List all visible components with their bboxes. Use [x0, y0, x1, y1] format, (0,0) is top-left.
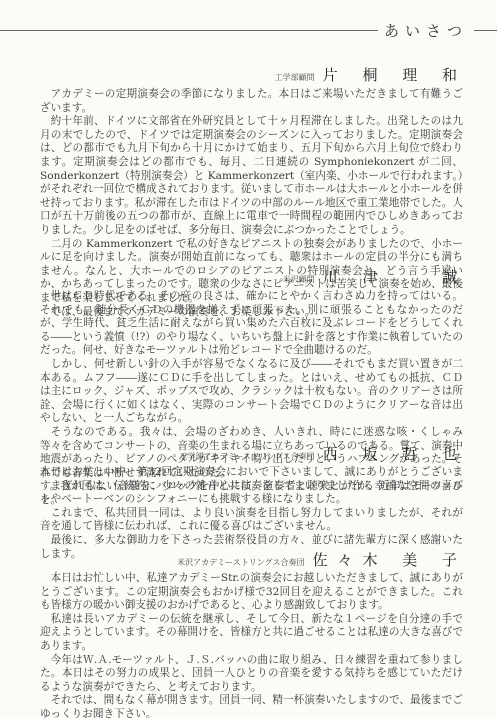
signature-name: 川 津 誠	[323, 266, 467, 287]
paragraph: 今年はＷ.Ａ.モーツァルト、Ｊ.Ｓ.バッハの曲に取り組み、日々練習を重ねて参りま…	[40, 654, 463, 695]
signature-affiliation: 米沢アカデミーストリングス合奏団	[177, 557, 304, 568]
paragraph: アカデミーの定期演奏会の季節になりました。本日はご来場いただきまして有難うござい…	[40, 88, 463, 115]
signature-affiliation: 米沢顧問	[283, 274, 315, 285]
paragraph: しかし、何せ新しい針の入手が容易でなくなるに及び――それでもまだ買い置きが二本あ…	[40, 358, 463, 426]
paragraph: 本日はお忙しい中、第32回定期演奏会においで下さいまして、誠にありがとうございま…	[40, 466, 463, 507]
paragraph: 私達は長いアカデミーの伝統を継承し、そして今日、新たな１ページを自分達の手で迎え…	[40, 613, 463, 654]
greeting-body-sasaki: 本日はお忙しい中、私達アカデミーStr.の演奏会にお越しいただきまして、誠にあり…	[40, 572, 463, 718]
page-title: あいさつ	[378, 20, 474, 41]
signature-name: 片 桐 理 和	[323, 64, 467, 85]
signature-name: 佐々木 美 子	[312, 549, 467, 570]
signature-affiliation: 工学部顧問	[275, 72, 315, 83]
greeting-body-nishisaka: 本日はお忙しい中、第32回定期演奏会においで下さいまして、誠にありがとうございま…	[40, 466, 463, 561]
signature-nishisaka: 工学部アカデミーストリングス合奏団 西 坂 哲 也	[179, 443, 467, 464]
signature-name: 西 坂 哲 也	[323, 443, 467, 464]
signature-kawatsu: 米沢顧問 川 津 誠	[283, 266, 467, 287]
paragraph: それでは、間もなく幕が開きます。団員一同、精一杯演奏いたしますので、最後までごゆ…	[40, 694, 463, 718]
signature-affiliation: 工学部アカデミーストリングス合奏団	[179, 451, 314, 462]
signature-katagiri: 工学部顧問 片 桐 理 和	[275, 64, 467, 85]
paragraph: これまで、私共団員一同は、より良い演奏を目指し努力してまいりましたが、それが音を…	[40, 507, 463, 534]
paragraph: 世はＣＤ時代である。その音の良さは、確かにとやかく言わさぬ力を持ってはいる。それ…	[40, 290, 463, 358]
signature-sasaki: 米沢アカデミーストリングス合奏団 佐々木 美 子	[177, 549, 467, 570]
paragraph: 本日はお忙しい中、私達アカデミーStr.の演奏会にお越しいただきまして、誠にあり…	[40, 572, 463, 613]
paragraph: 約十年前、ドイツに文部省在外研究員として十ヶ月程滞在しました。出発したのは九月の…	[40, 115, 463, 237]
